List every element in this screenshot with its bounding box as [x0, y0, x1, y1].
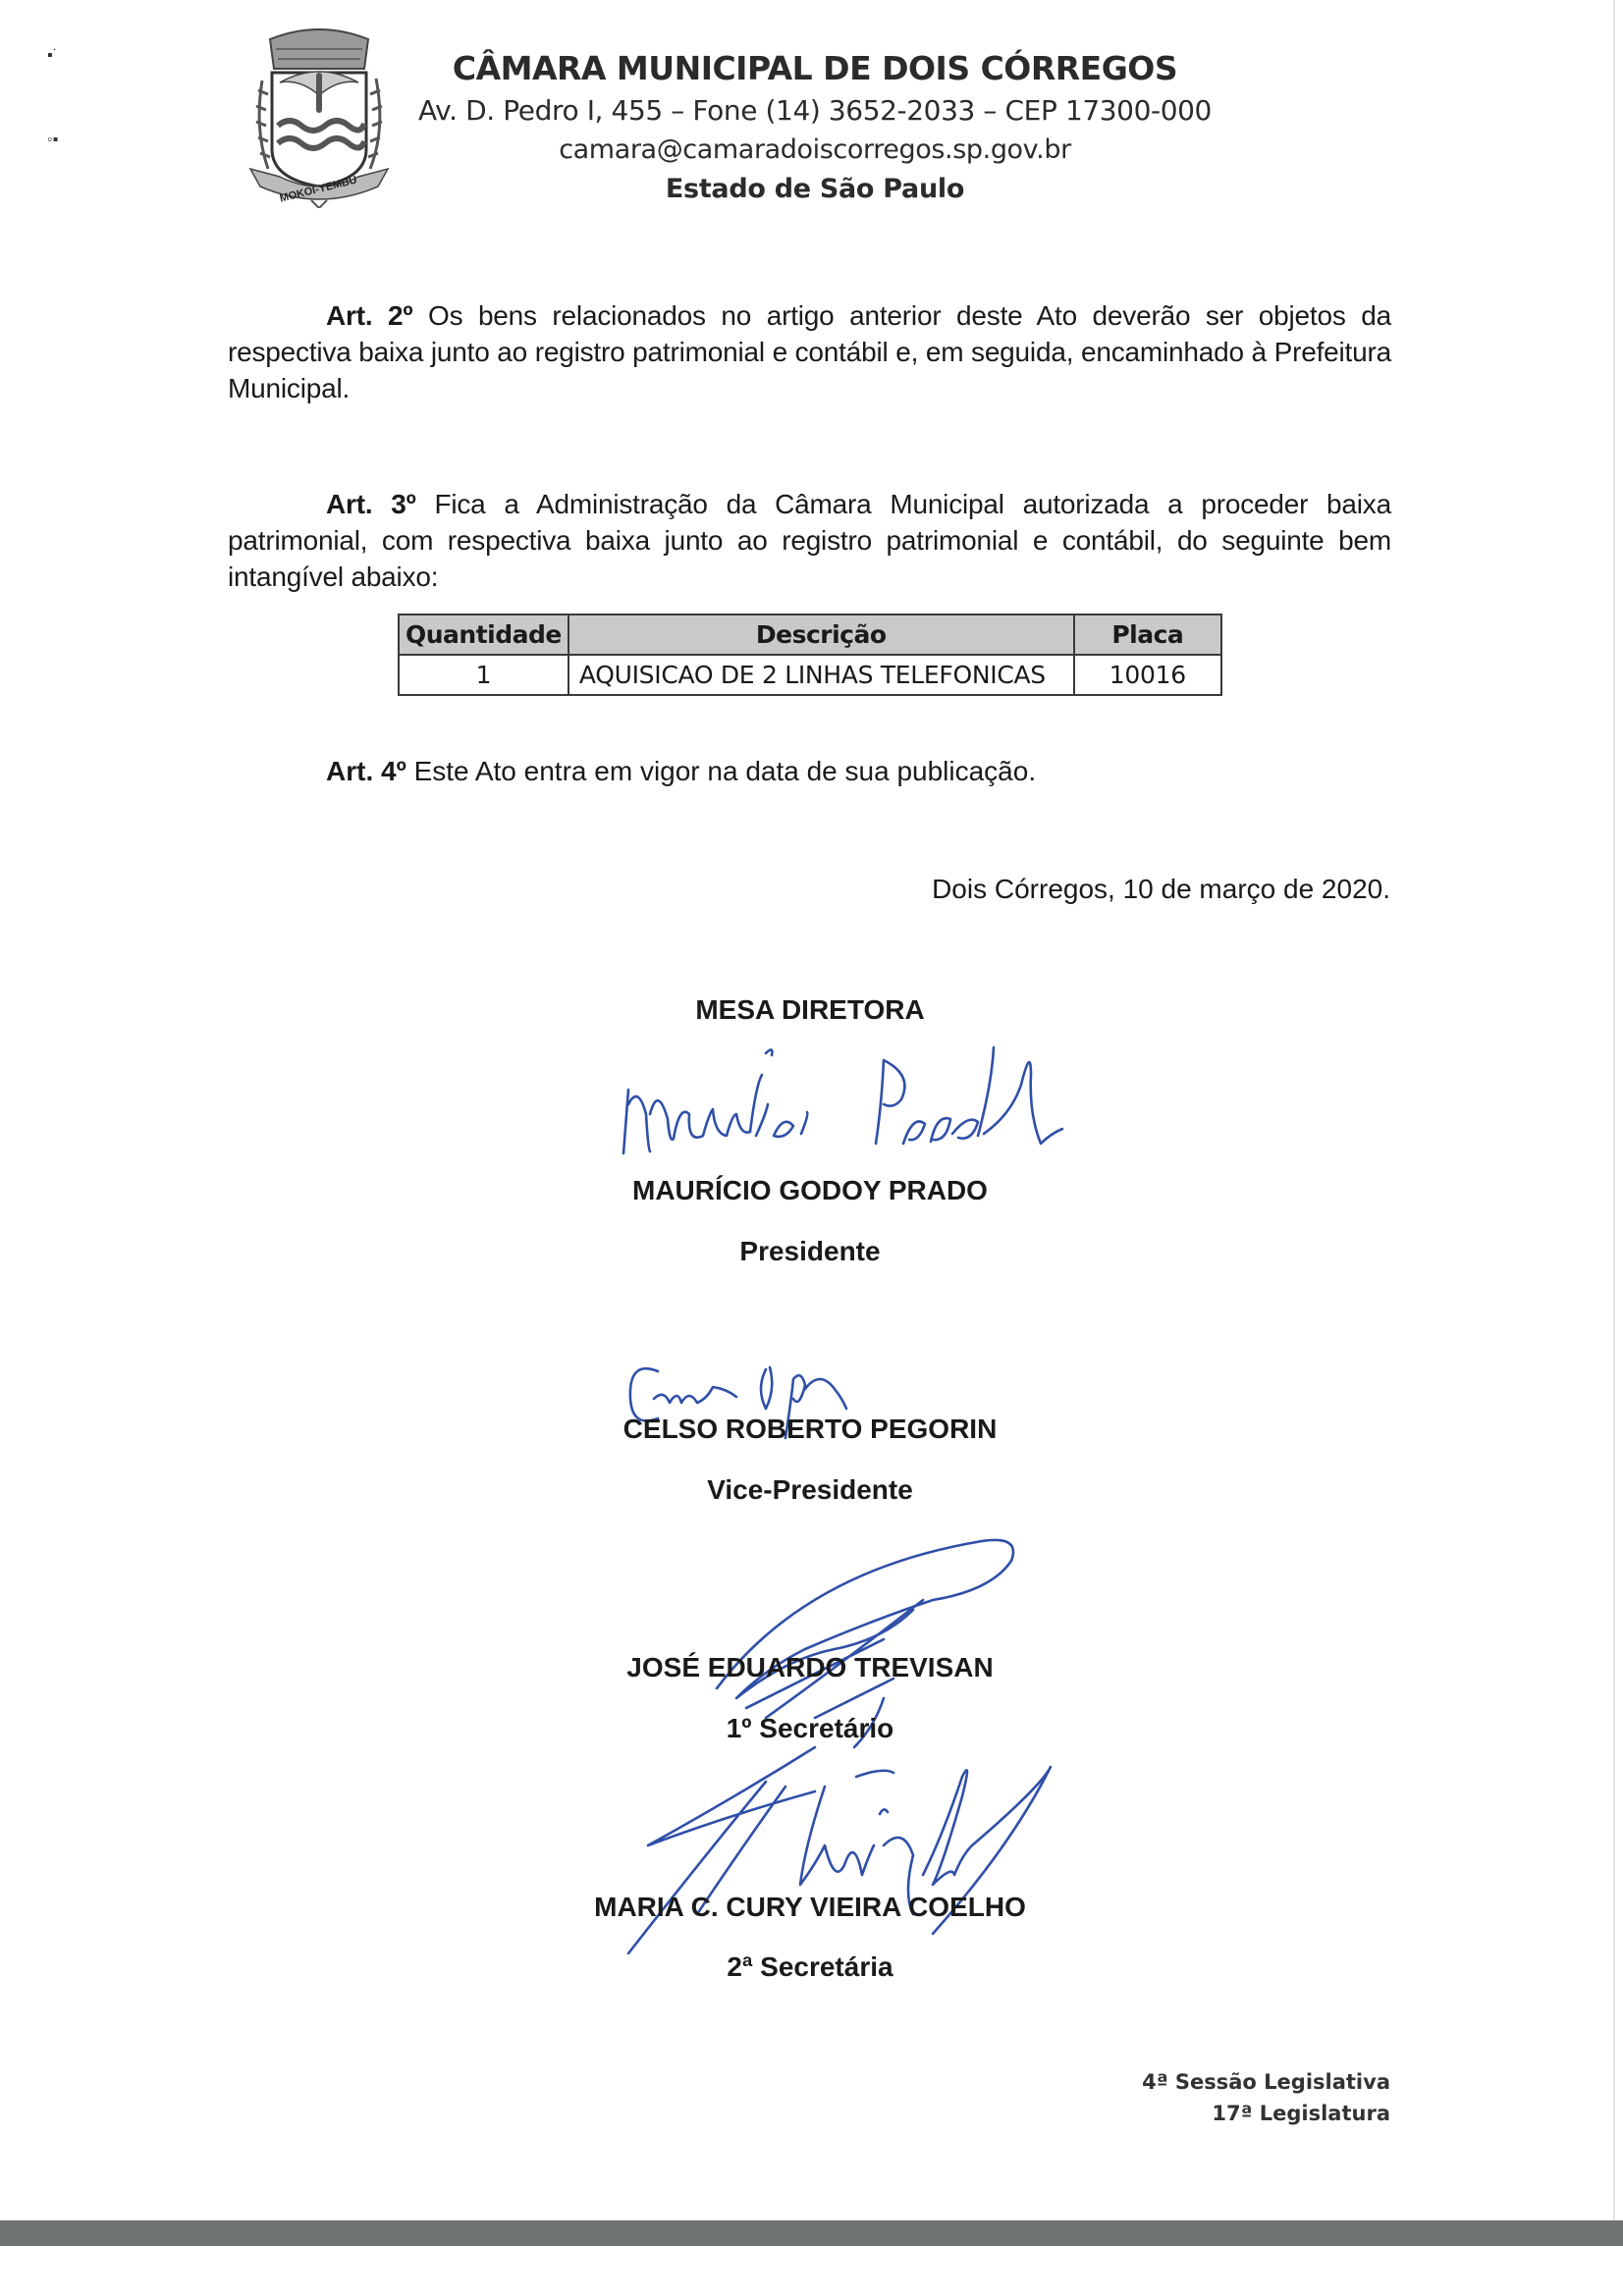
article-4: Art. 4º Este Ato entra em vigor na data … — [326, 756, 1036, 787]
signature-second-secretary — [589, 1737, 1060, 1963]
scan-mark: ◦▪ — [47, 132, 58, 149]
scan-mark: ▪˙ — [47, 47, 58, 65]
member-name: MARIA C. CURY VIEIRA COELHO — [530, 1892, 1090, 1923]
column-header-quantity: Quantidade — [399, 614, 568, 655]
article-2: Art. 2º Os bens relacionados no artigo a… — [228, 297, 1391, 406]
institution-state: Estado de São Paulo — [412, 174, 1217, 204]
column-header-plate: Placa — [1074, 614, 1221, 655]
coat-of-arms-icon: MOKOI-YEMBU — [241, 22, 398, 208]
scan-page-edge — [1613, 0, 1615, 2220]
cell-description: AQUISICAO DE 2 LINHAS TELEFONICAS — [568, 655, 1074, 695]
institution-title: CÂMARA MUNICIPAL DE DOIS CÓRREGOS — [412, 49, 1217, 87]
member-role: Presidente — [569, 1236, 1051, 1267]
article-3: Art. 3º Fica a Administração da Câmara M… — [228, 486, 1391, 595]
signature-president — [619, 1045, 1090, 1173]
member-name: CELSO ROBERTO PEGORIN — [569, 1414, 1051, 1445]
member-name: JOSÉ EDUARDO TREVISAN — [569, 1652, 1051, 1683]
article-label: Art. 3º — [326, 489, 416, 519]
table-row: 1 AQUISICAO DE 2 LINHAS TELEFONICAS 1001… — [399, 655, 1221, 695]
legislative-session: 4ª Sessão Legislativa — [1080, 2066, 1390, 2098]
column-header-description: Descrição — [568, 614, 1074, 655]
board-heading: MESA DIRETORA — [569, 994, 1051, 1026]
scan-bottom-band — [0, 2220, 1623, 2246]
article-label: Art. 2º — [326, 300, 412, 331]
table-header-row: Quantidade Descrição Placa — [399, 614, 1221, 655]
legislature: 17ª Legislatura — [1080, 2098, 1390, 2129]
asset-table: Quantidade Descrição Placa 1 AQUISICAO D… — [398, 614, 1222, 696]
date-line: Dois Córregos, 10 de março de 2020. — [785, 874, 1390, 905]
member-role: Vice-Presidente — [569, 1474, 1051, 1506]
member-role: 2ª Secretária — [569, 1951, 1051, 1983]
institution-email[interactable]: camara@camaradoiscorregos.sp.gov.br — [412, 134, 1217, 165]
cell-quantity: 1 — [399, 655, 568, 695]
member-name: MAURÍCIO GODOY PRADO — [569, 1175, 1051, 1206]
article-label: Art. 4º — [326, 756, 406, 786]
institution-address: Av. D. Pedro I, 455 – Fone (14) 3652-203… — [412, 94, 1217, 127]
cell-plate: 10016 — [1074, 655, 1221, 695]
article-text: Este Ato entra em vigor na data de sua p… — [414, 756, 1037, 786]
